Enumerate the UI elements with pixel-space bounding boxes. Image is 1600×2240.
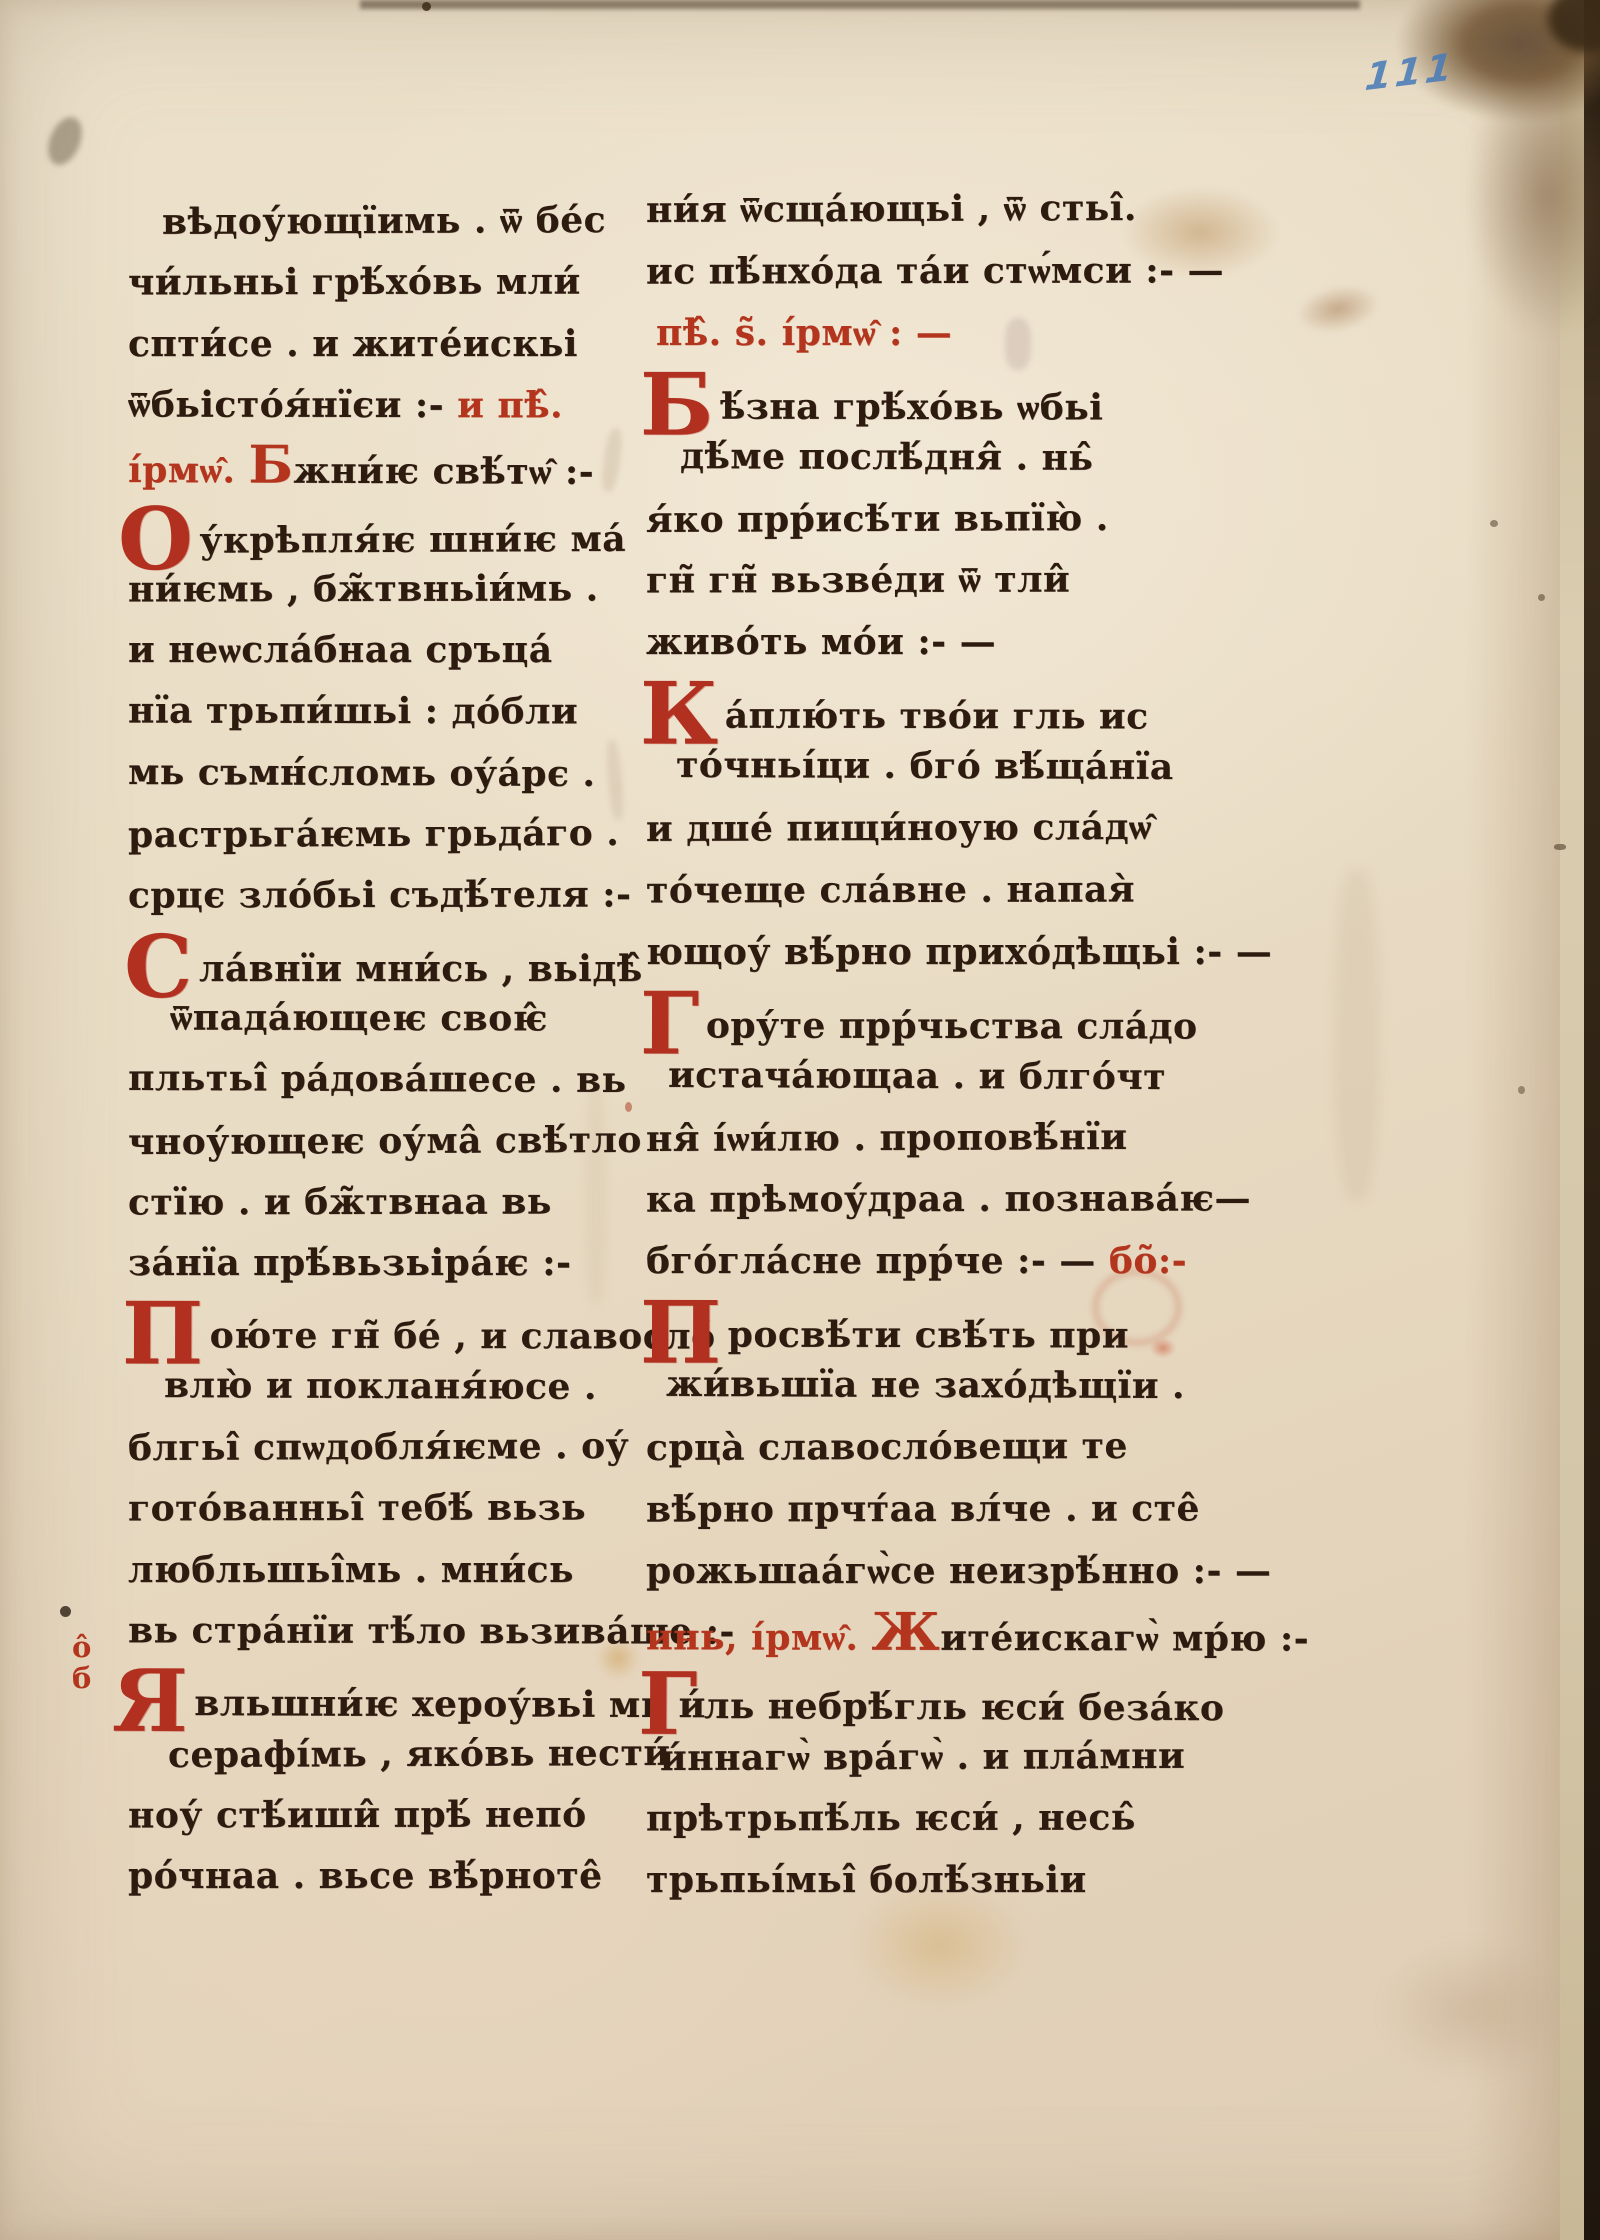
- body-text: серафі́мь , яко́вь нести́: [168, 1732, 671, 1776]
- text-line: бго́гла́сне прр́че :- — бо̃:-: [646, 1236, 1187, 1298]
- ink-speck: [422, 2, 431, 11]
- text-line: то́чньі́ци . бго́ вѣ́ща́нїа: [676, 740, 1174, 804]
- bleed-through-mark: [1005, 318, 1031, 370]
- text-line: срцє зло́бьі съдѣ́теля :-: [128, 869, 632, 932]
- rubric-text: и пѣ̂.: [457, 384, 563, 426]
- body-text: мь съмн́сломь оу́а́рє .: [128, 751, 596, 795]
- text-line: рожьшаа́гѡ̀се неизрѣ́нно :- —: [646, 1546, 1271, 1608]
- body-text: жни́ѥ свѣ́тѡ̂ :-: [293, 450, 594, 493]
- right-edge-shading: [1468, 0, 1564, 2240]
- bleed-through-mark: [1334, 870, 1380, 1200]
- body-text: ро́чнаа . вьсе вѣ́рноте̂: [128, 1855, 603, 1897]
- text-line: вѣдоу́ющїимь . ѿ бе́с: [162, 195, 606, 259]
- body-text: ла́внїи мни́сь , вьідѣ̂: [199, 948, 643, 990]
- text-line: влю̀ и покланя́юсе .: [164, 1360, 597, 1424]
- text-line: Гль небрѣ́гль ѥси́ беза́ко: [638, 1669, 1225, 1733]
- body-text: гн̃ гн̃ вьзве́ди ѿ тли̂: [646, 559, 1070, 602]
- illuminated-initial: Я: [112, 1682, 189, 1722]
- text-line: гото́ванньі̂ тебѣ́ вьзь: [128, 1483, 586, 1546]
- illuminated-initial: С: [124, 948, 193, 988]
- body-text: стїю . и бж̃твнаа вь: [128, 1181, 552, 1224]
- text-line: и́ннагѡ̀ вра́гѡ̀ . и пла́мни: [660, 1731, 1185, 1795]
- text-line: ро́чнаа . вьсе вѣ́рноте̂: [128, 1851, 603, 1913]
- text-line: ис пѣ́нхо́да та́и стѡ́мси :- —: [646, 245, 1224, 308]
- body-text: гото́ванньі̂ тебѣ́ вьзь: [128, 1487, 586, 1530]
- body-text: у́крѣпля́ѥ шни́ѥ ма́: [199, 518, 626, 562]
- text-line: прѣтрьпѣ́ль ѥси́ , несь̂: [646, 1792, 1136, 1855]
- text-line: истача́ющаа . и блго́чт: [668, 1050, 1166, 1114]
- text-line: Просвѣ́ти свѣ́ть при: [640, 1297, 1129, 1360]
- text-line: ющоу́ вѣ́рно прихо́дѣщьі :- —: [646, 927, 1272, 989]
- body-text: ка прѣмоу́драа . познава́ѥ—: [646, 1177, 1251, 1220]
- rubric-text: инь, і́рмѡ̂.: [646, 1616, 872, 1658]
- corner-stain: [1468, 56, 1600, 336]
- body-text: чноу́ющеѥ оу́ма̂ свѣ́тло: [128, 1119, 642, 1163]
- text-line: и дше́ пищи́ноую сла́дѡ̂: [646, 802, 1152, 866]
- rubric-text: пѣ̂. ѕ̃. і́рмѡ̂ : —: [656, 312, 952, 354]
- text-line: вѣ́рно прчт́аа вл́че . и сте̂: [646, 1483, 1200, 1546]
- rubric-text: Ж: [871, 1602, 940, 1663]
- body-text: срца̀ славосло́вещи те: [646, 1425, 1128, 1469]
- ink-speck: [1490, 520, 1498, 527]
- text-line: срца̀ славосло́вещи те: [646, 1421, 1128, 1485]
- text-line: і́рмѡ̂. Бжни́ѥ свѣ́тѡ̂ :-: [128, 440, 594, 504]
- body-text: влю̀ и покланя́юсе .: [164, 1364, 597, 1408]
- body-text: вь стра́нїи тѣ́ло вьзива́ше :-: [128, 1609, 735, 1652]
- text-line: ноу́ стѣ́иши̂ прѣ́ непо́: [128, 1790, 587, 1853]
- illuminated-initial: П: [122, 1314, 204, 1354]
- text-line: нїа трьпи́шьі : до́бли: [128, 686, 578, 749]
- text-line: жи́вьшїа не захо́дѣщїи .: [666, 1359, 1185, 1423]
- body-text: ни́я ѿсща́ющьі , ѿ стьі̂.: [646, 187, 1137, 231]
- paper-stain: [1292, 278, 1384, 340]
- text-line: ня̂ і́ѡи́лю . проповѣ́нїи: [646, 1112, 1128, 1176]
- text-line: ни́ѥмь , бж̃твньіи́мь .: [128, 564, 599, 627]
- body-text: я́ко прр́исѣ́ти вьпїю̀ .: [646, 497, 1109, 541]
- page-edge-line: [1584, 0, 1600, 2240]
- rubric-text: Б: [248, 435, 293, 496]
- body-text: ѿпада́ющеѥ своѥ̂: [170, 997, 548, 1040]
- body-text: блгьі̂ спѡдобля́ѥме . оу́: [128, 1425, 629, 1469]
- body-text: то́чеще сла́вне . напая̀: [646, 868, 1135, 911]
- manuscript-page: 111 о̂ б вѣдоу́ющїимь . ѿ бе́счи́льньі г…: [0, 0, 1600, 2240]
- rubric-text: і́рмѡ̂.: [128, 449, 249, 492]
- body-text: чи́льньі грѣ́хо́вь мли́: [128, 261, 581, 304]
- text-line: спти́се . и жите́искьі: [128, 319, 578, 381]
- illuminated-initial: Б: [640, 386, 714, 426]
- body-text: спти́се . и жите́искьі: [128, 323, 578, 365]
- text-line: мь съмн́сломь оу́а́рє .: [128, 747, 596, 811]
- text-line: растрьга́ѥмь грьда́го .: [128, 808, 620, 872]
- text-line: и неѡсла́бнаа сръца́: [128, 625, 553, 687]
- corner-stain: [1548, 0, 1600, 52]
- illuminated-initial: О: [118, 520, 194, 560]
- text-line: Ка́плю́ть тво́и гль ис: [640, 678, 1149, 741]
- body-text: ноу́ стѣ́иши̂ прѣ́ непо́: [128, 1794, 587, 1837]
- text-line: ни́я ѿсща́ющьі , ѿ стьі̂.: [646, 183, 1137, 247]
- body-text: ни́ѥмь , бж̃твньіи́мь .: [128, 568, 599, 611]
- body-text: ите́искагѡ̀ мр́ю :-: [940, 1617, 1309, 1660]
- under-page-edge: [1560, 0, 1586, 2240]
- text-line: Бѣ́зна грѣ́хо́вь ѡбьі: [640, 370, 1104, 433]
- body-text: трьпьі́мьі̂ болѣ́зньіи: [646, 1859, 1087, 1901]
- body-text: любльшьі̂мь . мни́сь: [128, 1549, 574, 1591]
- text-line: ѿпада́ющеѥ своѥ̂: [170, 993, 548, 1056]
- body-text: ис пѣ́нхо́да та́и стѡ́мси :- —: [646, 249, 1224, 292]
- body-text: ющоу́ вѣ́рно прихо́дѣщьі :- —: [646, 931, 1272, 973]
- body-text: живо́ть мо́и :- —: [646, 621, 996, 663]
- text-line: Гору́те прр́чьства сла́до: [640, 988, 1198, 1051]
- body-text: растрьга́ѥмь грьда́го .: [128, 812, 619, 856]
- text-line: инь, і́рмѡ̂. Жите́искагѡ̀ мр́ю :-: [646, 1607, 1309, 1670]
- body-text: и неѡсла́бнаа сръца́: [128, 629, 553, 671]
- margin-note-top-letter: о̂: [72, 1632, 91, 1663]
- margin-note-bogorodichen: о̂ б: [72, 1632, 91, 1694]
- body-text: нїа трьпи́шьі : до́бли: [128, 690, 578, 733]
- text-line: я́ко прр́исѣ́ти вьпїю̀ .: [646, 493, 1109, 557]
- body-text: за́нїа прѣ́вьзьіра́ѥ :-: [128, 1242, 572, 1284]
- body-text: ѣ́зна грѣ́хо́вь ѡбьі: [720, 386, 1103, 429]
- text-line: ка прѣмоу́драа . познава́ѥ—: [646, 1173, 1251, 1236]
- body-text: срцє зло́бьі съдѣ́теля :-: [128, 873, 632, 916]
- text-line: Явльшни́ѥ хероу́вьі мь и́: [112, 1666, 706, 1730]
- body-text: ору́те прр́чьства сла́до: [706, 1005, 1198, 1048]
- body-text: пльтьі̂ ра́дова́шесе . вь: [128, 1057, 627, 1101]
- text-line: гн̃ гн̃ вьзве́ди ѿ тли̂: [646, 555, 1070, 618]
- body-text: ня̂ і́ѡи́лю . проповѣ́нїи: [646, 1116, 1128, 1160]
- body-text: истача́ющаа . и блго́чт: [668, 1054, 1166, 1098]
- ink-speck: [1554, 844, 1566, 850]
- body-text: бго́гла́сне прр́че :- —: [646, 1240, 1109, 1282]
- ink-speck: [1538, 594, 1545, 601]
- rubric-text: бо̃:-: [1109, 1240, 1187, 1282]
- illuminated-initial: К: [640, 694, 719, 734]
- body-text: рожьшаа́гѡ̀се неизрѣ́нно :- —: [646, 1550, 1271, 1592]
- text-line: трьпьі́мьі̂ болѣ́зньіи: [646, 1855, 1087, 1917]
- text-line: любльшьі̂мь . мни́сь: [128, 1545, 574, 1607]
- margin-note-bottom-letter: б: [72, 1663, 91, 1694]
- body-text: и́ннагѡ̀ вра́гѡ̀ . и пла́мни: [660, 1735, 1185, 1779]
- body-text: ѿбьісто́я́нїєи :-: [128, 384, 457, 427]
- red-ink-spatter: [1150, 1338, 1176, 1358]
- body-text: вльшни́ѥ хероу́вьі мь и́: [194, 1682, 706, 1726]
- body-text: и дше́ пищи́ноую сла́дѡ̂: [646, 806, 1152, 850]
- bleed-through-mark: [600, 427, 625, 493]
- text-line: чноу́ющеѥ оу́ма̂ свѣ́тло: [128, 1115, 642, 1179]
- ink-speck: [60, 1606, 71, 1617]
- top-edge-line: [360, 0, 1360, 9]
- text-line: Сла́внїи мни́сь , вьідѣ̂: [124, 932, 643, 994]
- body-text: то́чньі́ци . бго́ вѣ́ща́нїа: [676, 744, 1174, 788]
- text-line: серафі́мь , яко́вь нести́: [168, 1728, 671, 1792]
- illuminated-initial: Г: [638, 1685, 698, 1725]
- ink-speck: [1518, 1086, 1525, 1094]
- body-text: прѣтрьпѣ́ль ѥси́ , несь̂: [646, 1796, 1136, 1839]
- text-line: ѿбьісто́я́нїєи :- и пѣ̂.: [128, 380, 563, 443]
- body-text: дѣ́ме послѣ́дня̂ . нь̂: [680, 435, 1094, 479]
- text-line: Пою́те гн̃ бе́ , и славосло́: [122, 1298, 716, 1361]
- text-line: дѣ́ме послѣ́дня̂ . нь̂: [680, 431, 1094, 495]
- illuminated-initial: Г: [640, 1004, 700, 1044]
- page-number: 111: [1363, 45, 1457, 99]
- illuminated-initial: П: [640, 1313, 722, 1353]
- body-text: росвѣ́ти свѣ́ть при: [728, 1314, 1129, 1357]
- paper-stain: [42, 112, 89, 170]
- text-line: пльтьі̂ ра́дова́шесе . вь: [128, 1053, 627, 1117]
- body-text: а́плю́ть тво́и гль ис: [725, 695, 1149, 738]
- paper-stain: [1380, 1940, 1560, 2080]
- text-line: то́чеще сла́вне . напая̀: [646, 864, 1135, 927]
- text-line: Оу́крѣпля́ѥ шни́ѥ ма́: [118, 502, 626, 566]
- body-text: жи́вьшїа не захо́дѣщїи .: [666, 1363, 1185, 1407]
- body-text: вѣ́рно прчт́аа вл́че . и сте̂: [646, 1487, 1200, 1530]
- text-line: чи́льньі грѣ́хо́вь мли́: [128, 257, 581, 320]
- text-line: стїю . и бж̃твнаа вь: [128, 1177, 552, 1240]
- text-line: блгьі̂ спѡдобля́ѥме . оу́: [128, 1421, 629, 1485]
- body-text: ль небрѣ́гль ѥси́ беза́ко: [704, 1685, 1225, 1729]
- body-text: вѣдоу́ющїимь . ѿ бе́с: [162, 199, 606, 243]
